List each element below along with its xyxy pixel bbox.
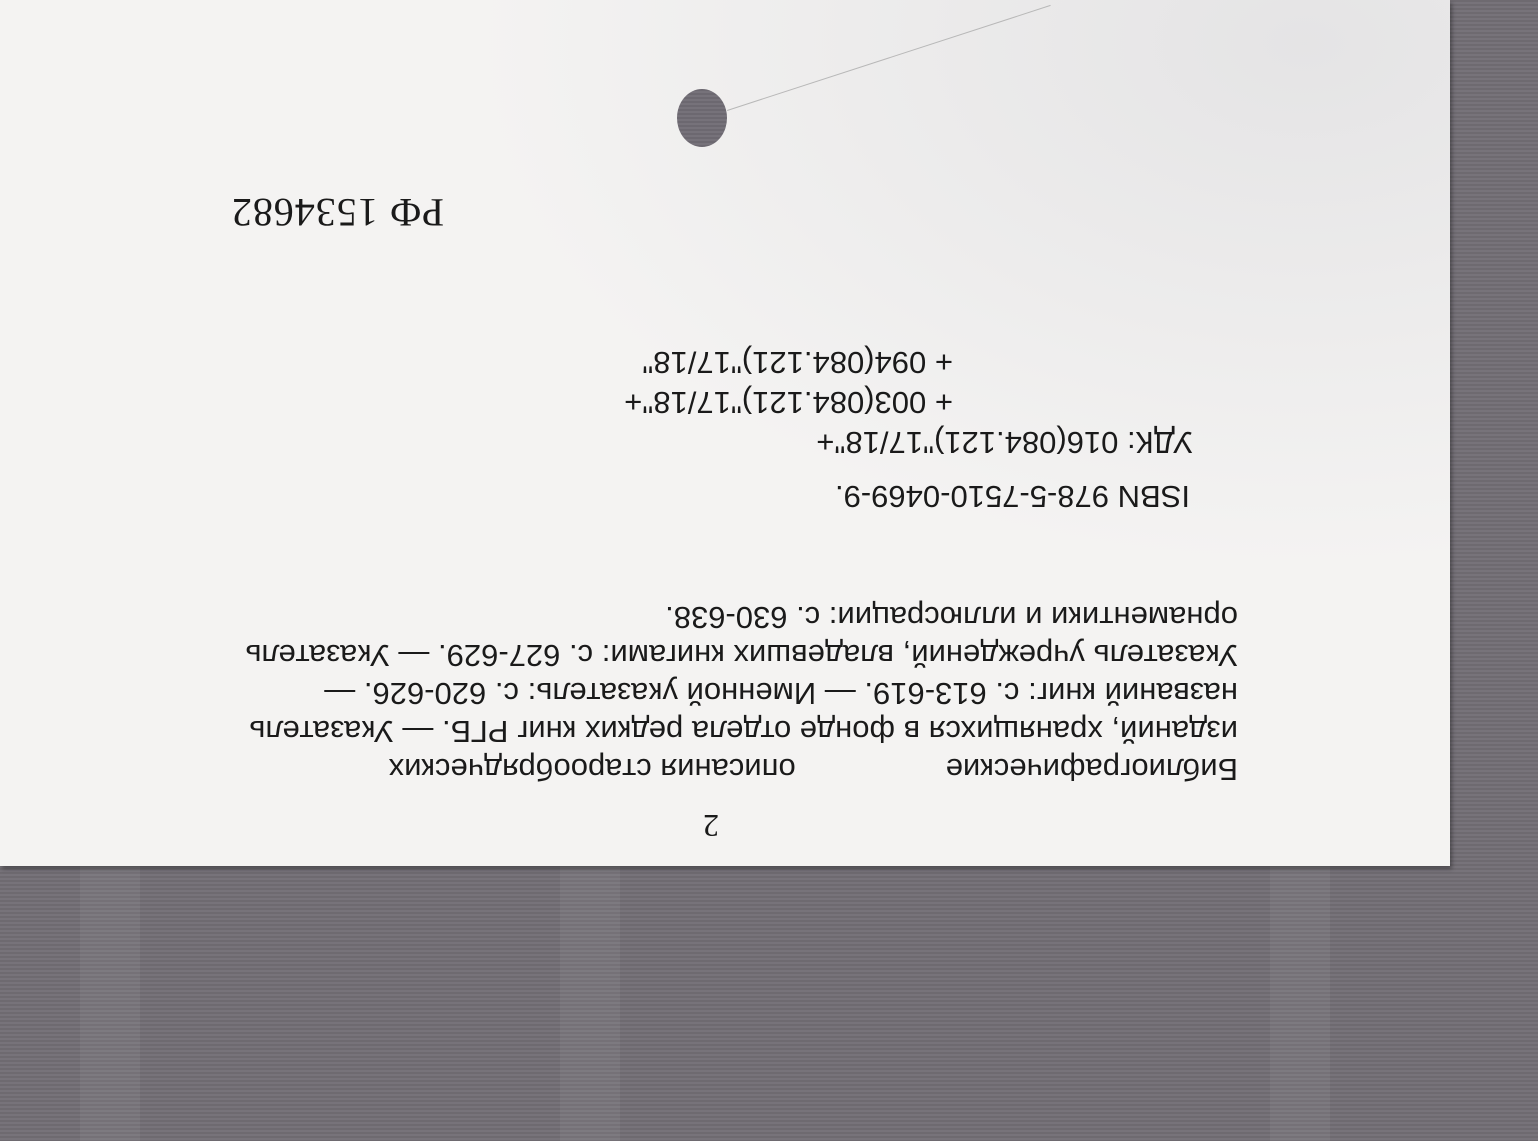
description-body: изданий, хранящихся в фонде отдела редки… xyxy=(245,600,1238,749)
card-text-upside-down: 2 Библиографическиеописания старообрядче… xyxy=(0,0,1450,866)
page-number: 2 xyxy=(703,807,719,844)
udk-line: + 003(084.121)"17/18"+ xyxy=(624,382,1193,422)
isbn: ISBN 978-5-7510-0469-9. xyxy=(835,478,1190,514)
description-title-part: Библиографические xyxy=(946,752,1238,787)
description-title-part: описания старообрядческих xyxy=(389,752,796,787)
catalog-card: 2 Библиографическиеописания старообрядче… xyxy=(0,0,1450,866)
description-first-line: Библиографическиеописания старообрядческ… xyxy=(198,750,1238,788)
udk-line: + 094(084.121)"17/18" xyxy=(624,342,1193,382)
udk-line: УДК: 016(084.121)"17/18"+ xyxy=(624,422,1193,462)
udk-classification: УДК: 016(084.121)"17/18"+ + 003(084.121)… xyxy=(624,342,1193,462)
registration-number: РФ 1534682 xyxy=(231,189,444,236)
bibliographic-description: Библиографическиеописания старообрядческ… xyxy=(198,598,1238,788)
